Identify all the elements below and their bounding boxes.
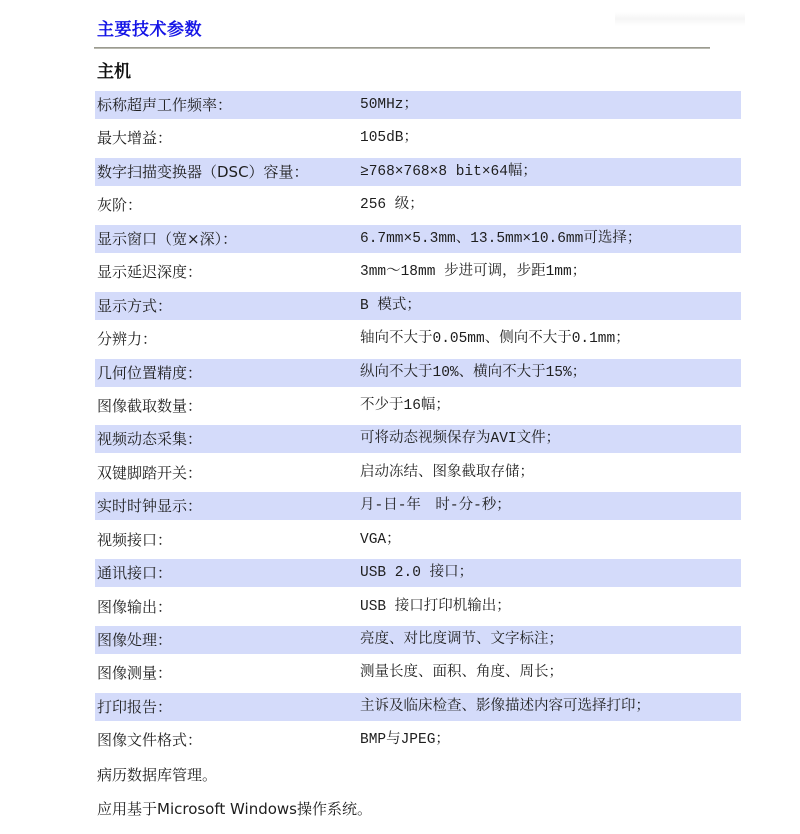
- spec-row: 双键脚踏开关： 启动冻结、图象截取存储；: [95, 459, 741, 487]
- spec-row: 图像文件格式： BMP与JPEG；: [95, 726, 741, 754]
- spec-row: 显示延迟深度： 3mm～18mm 步进可调，步距1mm；: [95, 258, 741, 286]
- footnote-database: 病历数据库管理。: [97, 763, 217, 787]
- spec-value: ≥768×768×8 bit×64幅；: [360, 158, 741, 186]
- spec-label: 标称超声工作频率：: [95, 91, 360, 119]
- spec-row: 显示窗口（宽×深）： 6.7mm×5.3mm、13.5mm×10.6mm可选择；: [95, 225, 741, 253]
- spec-label: 通讯接口：: [95, 559, 360, 587]
- spec-row: 几何位置精度： 纵向不大于10%、横向不大于15%；: [95, 359, 741, 387]
- subheading-host: 主机: [97, 60, 131, 84]
- spec-row: 实时时钟显示： 月-日-年 时-分-秒；: [95, 492, 741, 520]
- spec-value: 105dB；: [360, 124, 741, 152]
- spec-value: 可将动态视频保存为AVI文件；: [360, 425, 741, 453]
- spec-value: 月-日-年 时-分-秒；: [360, 492, 741, 520]
- spec-value: USB 2.0 接口；: [360, 559, 741, 587]
- spec-value: 6.7mm×5.3mm、13.5mm×10.6mm可选择；: [360, 225, 741, 253]
- spec-value: 纵向不大于10%、横向不大于15%；: [360, 359, 741, 387]
- footnote-os: 应用基于Microsoft Windows操作系统。: [97, 797, 372, 821]
- spec-row: 灰阶： 256 级；: [95, 191, 741, 219]
- spec-value: 亮度、对比度调节、文字标注；: [360, 626, 741, 654]
- spec-label: 图像测量：: [95, 659, 360, 687]
- spec-value: BMP与JPEG；: [360, 726, 741, 754]
- spec-label: 双键脚踏开关：: [95, 459, 360, 487]
- spec-row: 通讯接口： USB 2.0 接口；: [95, 559, 741, 587]
- spec-table: 标称超声工作频率： 50MHz； 最大增益： 105dB； 数字扫描变换器（DS…: [95, 91, 741, 760]
- spec-value: 3mm～18mm 步进可调，步距1mm；: [360, 258, 741, 286]
- spec-label: 显示方式：: [95, 292, 360, 320]
- spec-row: 图像截取数量： 不少于16幅；: [95, 392, 741, 420]
- spec-label: 数字扫描变换器（DSC）容量：: [95, 158, 360, 186]
- spec-row: 数字扫描变换器（DSC）容量： ≥768×768×8 bit×64幅；: [95, 158, 741, 186]
- spec-label: 灰阶：: [95, 191, 360, 219]
- spec-label: 显示窗口（宽×深）：: [95, 225, 360, 253]
- spec-row: 打印报告： 主诉及临床检查、影像描述内容可选择打印；: [95, 693, 741, 721]
- spec-label: 图像处理：: [95, 626, 360, 654]
- spec-label: 视频接口：: [95, 526, 360, 554]
- section-title: 主要技术参数: [97, 18, 202, 42]
- spec-value: 256 级；: [360, 191, 741, 219]
- spec-row: 视频动态采集： 可将动态视频保存为AVI文件；: [95, 425, 741, 453]
- spec-value: VGA；: [360, 526, 741, 554]
- spec-label: 图像截取数量：: [95, 392, 360, 420]
- spec-label: 视频动态采集：: [95, 425, 360, 453]
- spec-label: 分辨力：: [95, 325, 360, 353]
- spec-row: 分辨力： 轴向不大于0.05mm、侧向不大于0.1mm；: [95, 325, 741, 353]
- spec-value: 不少于16幅；: [360, 392, 741, 420]
- spec-row: 图像处理： 亮度、对比度调节、文字标注；: [95, 626, 741, 654]
- spec-value: 测量长度、面积、角度、周长；: [360, 659, 741, 687]
- spec-value: B 模式；: [360, 292, 741, 320]
- spec-row: 视频接口： VGA；: [95, 526, 741, 554]
- spec-row: 图像测量： 测量长度、面积、角度、周长；: [95, 659, 741, 687]
- spec-row: 图像输出： USB 接口打印机输出；: [95, 593, 741, 621]
- spec-value: 启动冻结、图象截取存储；: [360, 459, 741, 487]
- spec-value: USB 接口打印机输出；: [360, 593, 741, 621]
- spec-label: 显示延迟深度：: [95, 258, 360, 286]
- divider: [94, 47, 710, 49]
- spec-label: 图像输出：: [95, 593, 360, 621]
- spec-label: 最大增益：: [95, 124, 360, 152]
- spec-value: 50MHz；: [360, 91, 741, 119]
- spec-value: 主诉及临床检查、影像描述内容可选择打印；: [360, 693, 741, 721]
- spec-row: 标称超声工作频率： 50MHz；: [95, 91, 741, 119]
- spec-label: 图像文件格式：: [95, 726, 360, 754]
- decorative-fade: [615, 12, 745, 26]
- spec-label: 实时时钟显示：: [95, 492, 360, 520]
- spec-label: 几何位置精度：: [95, 359, 360, 387]
- spec-label: 打印报告：: [95, 693, 360, 721]
- spec-value: 轴向不大于0.05mm、侧向不大于0.1mm；: [360, 325, 741, 353]
- spec-row: 最大增益： 105dB；: [95, 124, 741, 152]
- spec-row: 显示方式： B 模式；: [95, 292, 741, 320]
